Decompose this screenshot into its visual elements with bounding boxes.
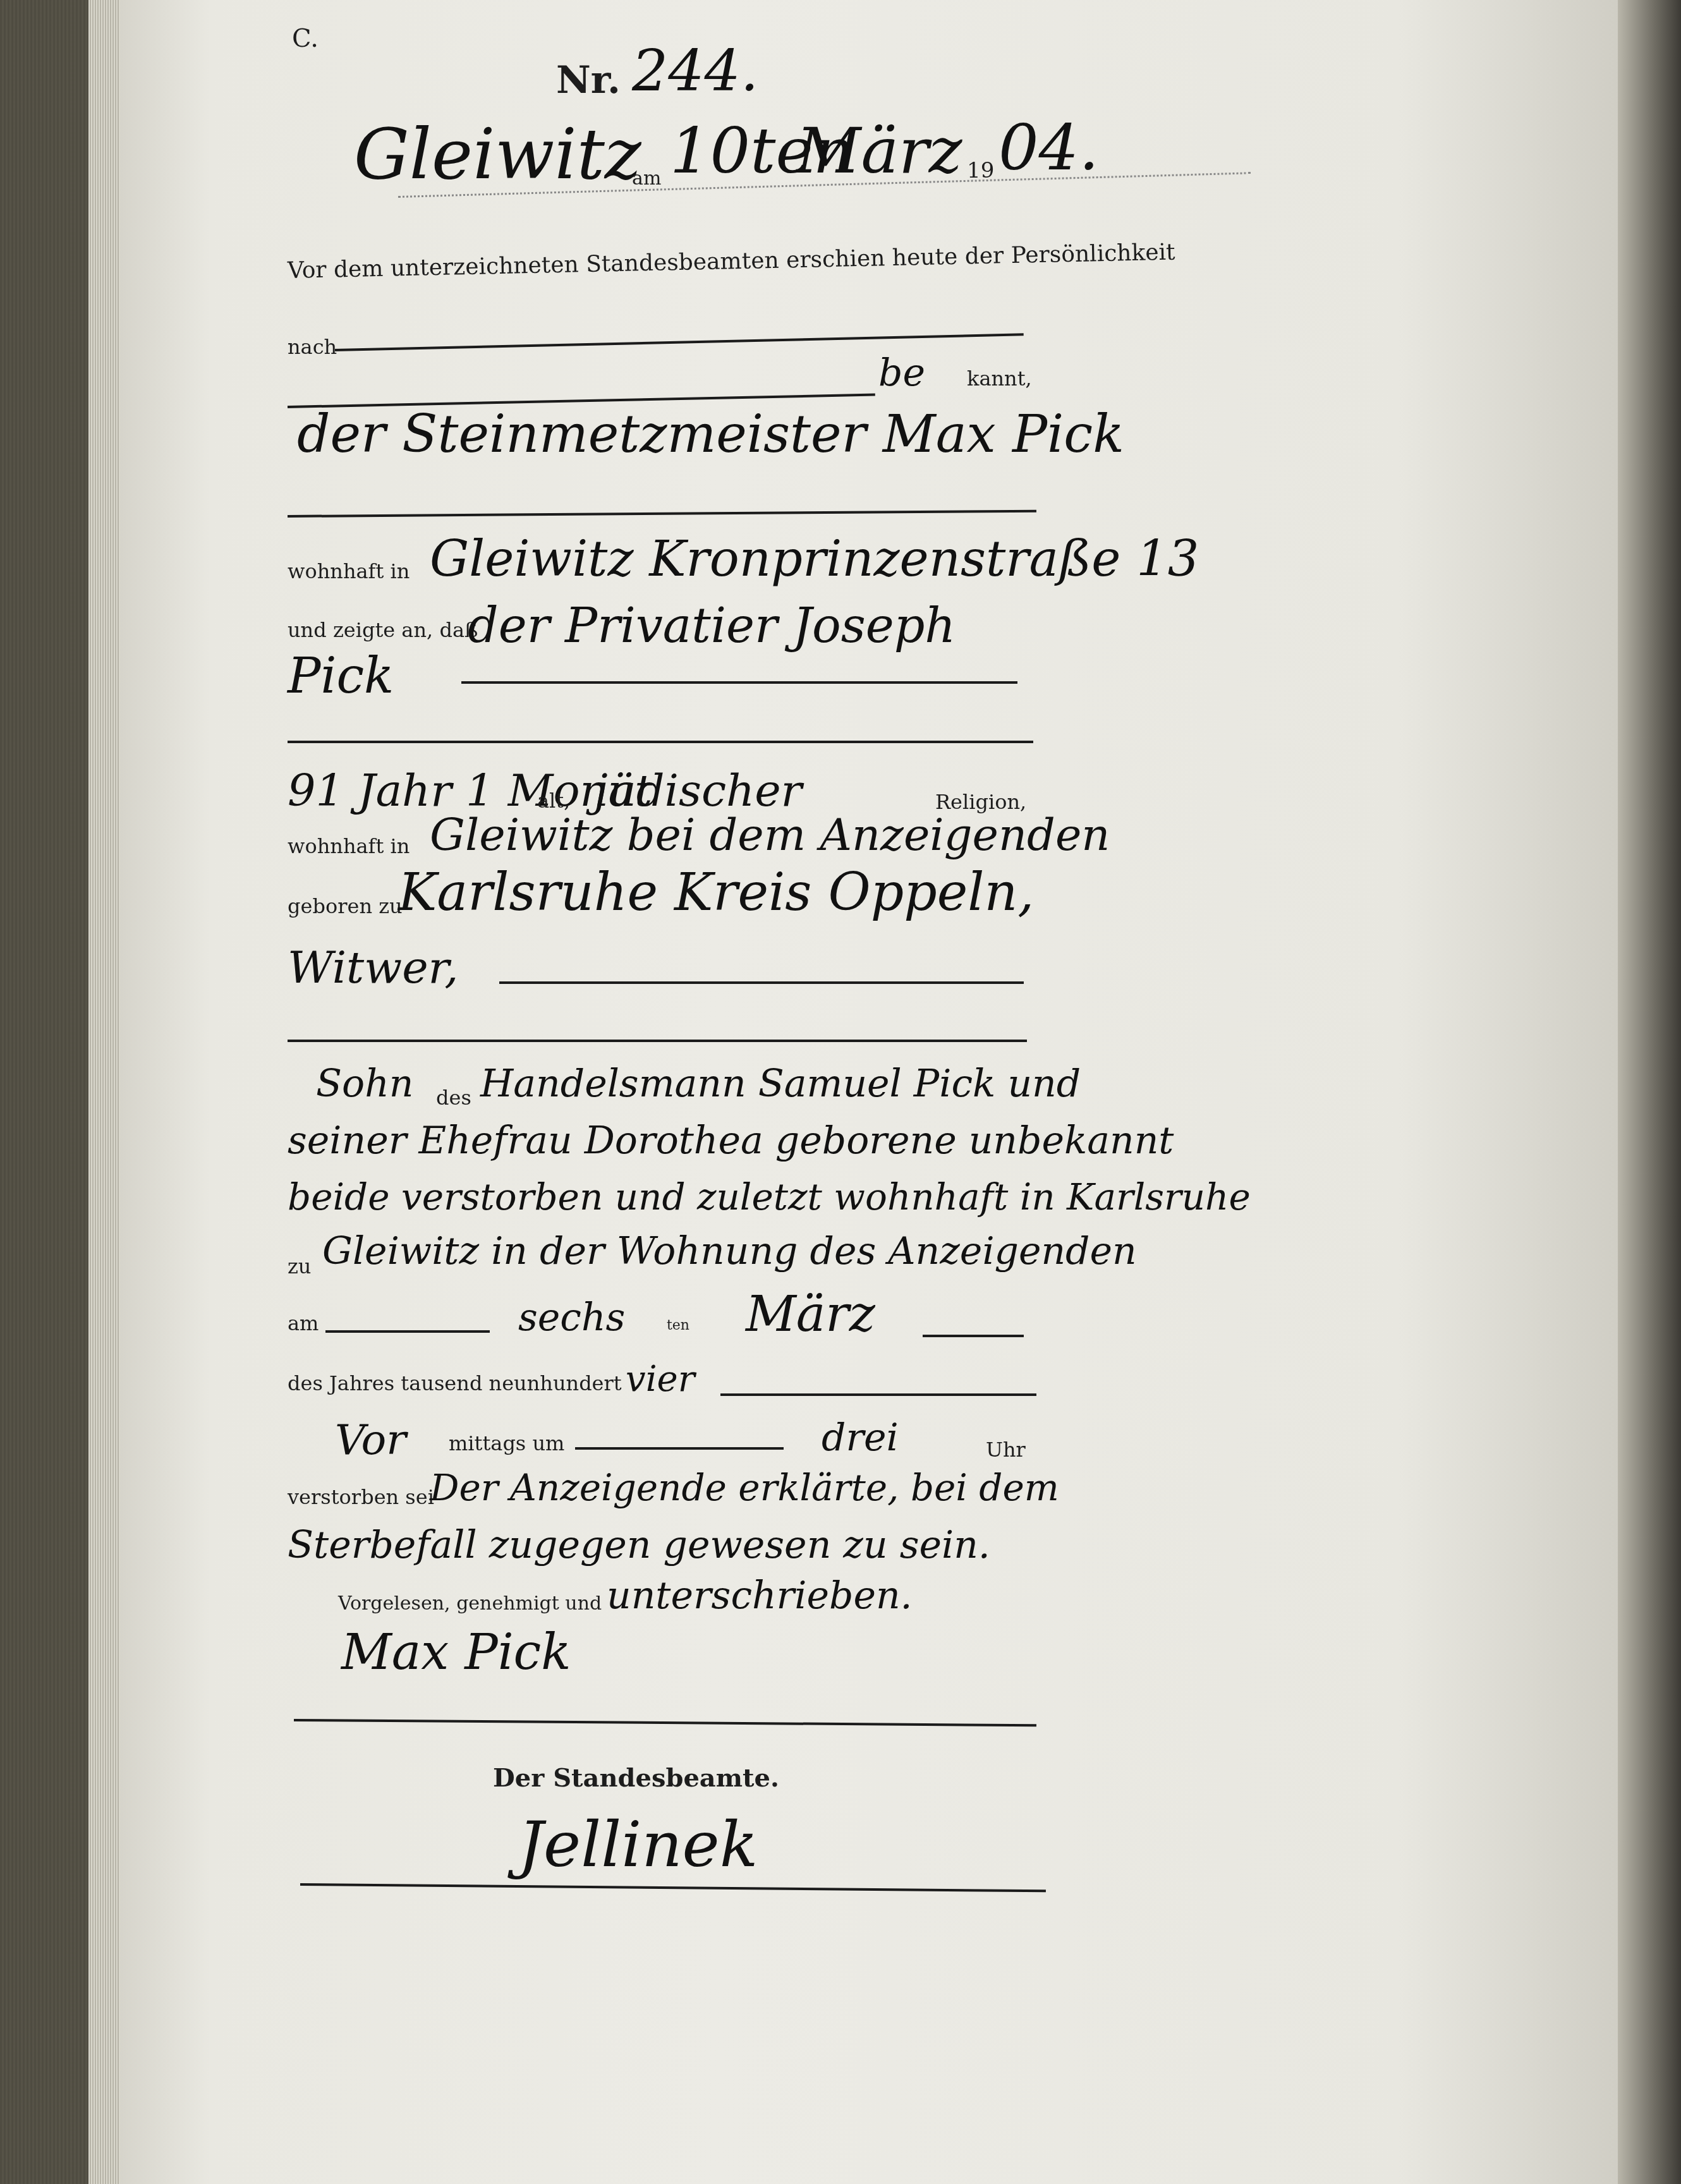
line-marital bbox=[499, 981, 1024, 984]
line-blank-2 bbox=[288, 1040, 1027, 1042]
line-am bbox=[325, 1330, 490, 1333]
parents-line1: Handelsmann Samuel Pick und bbox=[480, 1062, 1081, 1106]
deceased-line1: der Privatier Joseph bbox=[468, 597, 956, 653]
informant-address: Gleiwitz Kronprinzenstraße 13 bbox=[430, 531, 1199, 588]
informant-signature: Max Pick bbox=[341, 1624, 571, 1681]
informant-name: der Steinmetzmeister Max Pick bbox=[297, 404, 1124, 464]
label-am: am bbox=[288, 1311, 319, 1335]
label-mittags: mittags um bbox=[449, 1431, 564, 1455]
year-suffix: 04. bbox=[998, 111, 1099, 185]
label-und-zeigte: und zeigte an, daß bbox=[288, 618, 478, 642]
remark-line2: Sterbefall zugegen gewesen zu sein. bbox=[288, 1523, 990, 1567]
marital-status: Witwer, bbox=[288, 942, 459, 993]
registrar-title: Der Standesbeamte. bbox=[493, 1763, 779, 1793]
death-day: sechs bbox=[518, 1295, 625, 1340]
line-deceased bbox=[461, 681, 1017, 684]
residence: Gleiwitz bei dem Anzeigenden bbox=[430, 809, 1110, 861]
deceased-line2: Pick bbox=[288, 648, 394, 705]
label-ten: ten bbox=[667, 1318, 689, 1333]
death-month: März bbox=[746, 1286, 875, 1343]
label-wohnhaft-2: wohnhaft in bbox=[288, 834, 410, 858]
label-geboren: geboren zu bbox=[288, 894, 403, 918]
line-time bbox=[575, 1447, 784, 1450]
parents-prefix: Sohn bbox=[316, 1062, 414, 1106]
line-blank-1 bbox=[288, 741, 1033, 743]
signed-text: unterschrieben. bbox=[607, 1574, 913, 1618]
hand-be: be bbox=[878, 351, 925, 395]
year-prefix: 19 bbox=[967, 158, 994, 183]
time-prefix: Vor bbox=[335, 1416, 406, 1464]
line-year bbox=[720, 1393, 1036, 1396]
label-nach: nach bbox=[288, 335, 337, 359]
parents-line3: beide verstorben und zuletzt wohnhaft in… bbox=[288, 1175, 1251, 1218]
record-number: 244. bbox=[632, 38, 758, 104]
date-am: am bbox=[632, 167, 661, 190]
line-month bbox=[923, 1335, 1024, 1337]
time-hour: drei bbox=[822, 1416, 899, 1460]
label-zu: zu bbox=[288, 1254, 311, 1278]
number-prefix: Nr. bbox=[556, 58, 621, 102]
label-verstorben: verstorben sei bbox=[288, 1485, 434, 1509]
label-des: des bbox=[436, 1086, 471, 1110]
death-year: vier bbox=[626, 1359, 695, 1400]
label-vorgelesen: Vorgelesen, genehmigt und bbox=[338, 1592, 602, 1615]
label-uhr: Uhr bbox=[986, 1438, 1026, 1462]
place-name: Gleiwitz bbox=[354, 114, 641, 195]
parents-line2: seiner Ehefrau Dorothea geborene unbekan… bbox=[288, 1119, 1174, 1163]
form-letter: C. bbox=[292, 24, 319, 53]
death-place: Gleiwitz in der Wohnung des Anzeigenden bbox=[322, 1229, 1137, 1273]
label-kannt: kannt, bbox=[967, 367, 1032, 391]
book-gutter bbox=[1618, 0, 1681, 2184]
label-des-jahres: des Jahres tausend neunhundert bbox=[288, 1371, 622, 1395]
registrar-signature: Jellinek bbox=[518, 1807, 758, 1881]
date-month: März bbox=[796, 114, 962, 188]
label-wohnhaft: wohnhaft in bbox=[288, 559, 410, 583]
remark-line1: Der Anzeigende erklärte, bei dem bbox=[430, 1466, 1059, 1509]
birthplace: Karlsruhe Kreis Oppeln, bbox=[398, 863, 1034, 923]
